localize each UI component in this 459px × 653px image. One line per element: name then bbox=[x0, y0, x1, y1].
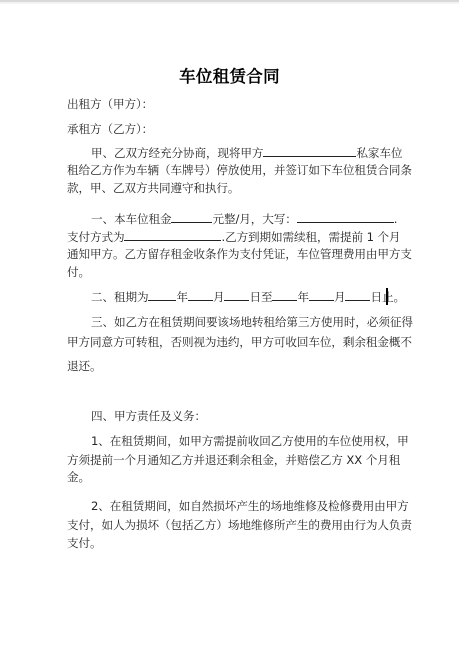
lease-term-label: 二、租期为 bbox=[91, 290, 148, 304]
end-month-blank[interactable] bbox=[309, 289, 334, 301]
end-day-blank[interactable] bbox=[345, 289, 370, 301]
year-label: 年 bbox=[297, 290, 309, 304]
section4-item1-line-1: 1、在租赁期间，如甲方需提前收回乙方使用的车位使用权，甲 bbox=[91, 434, 389, 448]
parking-space-blank[interactable] bbox=[263, 145, 356, 157]
intro-line-3: 款，甲、乙双方共同遵守和执行。 bbox=[67, 181, 389, 195]
section4-item1-line-3: 金。 bbox=[67, 470, 389, 484]
text-cursor bbox=[386, 288, 388, 305]
start-month-blank[interactable] bbox=[188, 289, 213, 301]
intro-line-2: 租给乙方作为车辆（车牌号）停放使用，并签订如下车位租赁合同条 bbox=[67, 163, 389, 177]
rent-amount-blank[interactable] bbox=[171, 211, 212, 223]
clause1-line-2: 支付方式为.乙方到期如需续租，需提前 1 个月 bbox=[67, 229, 389, 244]
section4-item2-line-1: 2、在租赁期间，如自然损坏产生的场地维修及检修费用由甲方 bbox=[91, 499, 389, 513]
clause2-line: 二、租期为年月日至年月日止。 bbox=[91, 289, 389, 304]
intro-line-1: 甲、乙双方经充分协商，现将甲方私家车位 bbox=[91, 145, 389, 160]
start-year-blank[interactable] bbox=[148, 289, 176, 301]
clause3-line-2: 甲方同意方可转租，否则视为违约，甲方可收回车位，剩余租金概不 bbox=[67, 335, 389, 349]
month-label: 月 bbox=[334, 290, 346, 304]
intro-text-b: 私家车位 bbox=[356, 146, 402, 160]
clause1-text-a: 一、本车位租金 bbox=[91, 212, 171, 226]
clause3-line-1: 三、如乙方在租赁期间要该场地转租给第三方使用时，必须征得 bbox=[91, 315, 389, 329]
payment-label: 支付方式为 bbox=[67, 230, 124, 244]
intro-text-a: 甲、乙双方经充分协商，现将甲方 bbox=[91, 146, 263, 160]
document-title: 车位租赁合同 bbox=[0, 63, 459, 87]
clause1-line-1: 一、本车位租金元整/月，大写：. bbox=[91, 211, 389, 226]
clause3-line-3: 退还。 bbox=[67, 359, 389, 373]
clause1-text-c: . bbox=[394, 212, 398, 226]
document-page[interactable]: 车位租赁合同 出租方（甲方）： 承租方（乙方）： 甲、乙双方经充分协商，现将甲方… bbox=[0, 0, 459, 653]
section4-heading: 四、甲方责任及义务： bbox=[91, 409, 389, 423]
clause1-text-d: .乙方到期如需续租，需提前 1 个月 bbox=[221, 230, 400, 244]
lessor-label: 出租方（甲方）： bbox=[67, 97, 389, 111]
start-day-blank[interactable] bbox=[224, 289, 249, 301]
end-year-blank[interactable] bbox=[272, 289, 297, 301]
rent-uppercase-blank[interactable] bbox=[297, 211, 394, 223]
section4-item2-line-3: 支付。 bbox=[67, 536, 389, 550]
to-label: 日至 bbox=[249, 290, 272, 304]
year-label: 年 bbox=[176, 290, 188, 304]
section4-item1-line-2: 方须提前一个月通知乙方并退还剩余租金，并赔偿乙方 XX 个月租 bbox=[67, 453, 389, 467]
month-label: 月 bbox=[213, 290, 225, 304]
payment-method-blank[interactable] bbox=[124, 229, 221, 241]
clause1-text-b: 元整/月，大写： bbox=[212, 212, 296, 226]
clause1-line-3: 通知甲方。乙方留存租金收条作为支付凭证，车位管理费用由甲方支 bbox=[67, 247, 389, 261]
lessee-label: 承租方（乙方）： bbox=[67, 122, 389, 136]
clause1-line-4: 付。 bbox=[67, 265, 389, 279]
section4-item2-line-2: 支付，如人为损坏（包括乙方）场地维修所产生的费用由行为人负责 bbox=[67, 518, 389, 532]
